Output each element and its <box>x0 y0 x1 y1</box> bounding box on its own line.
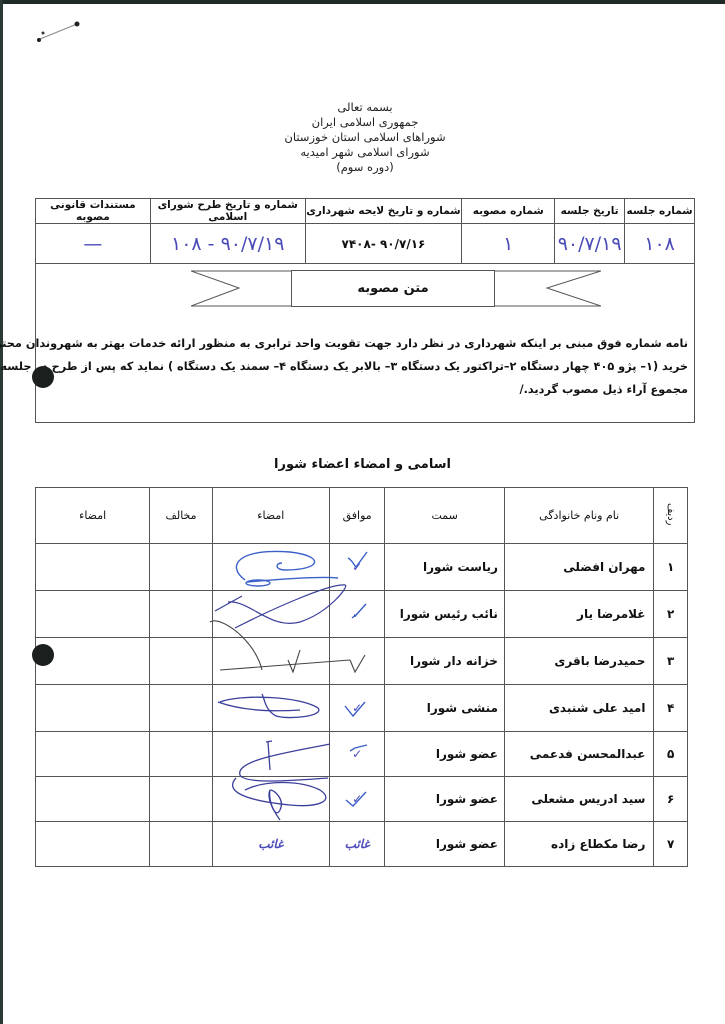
scan-artifact-mark <box>0 0 100 60</box>
member-row: ۶ سید ادریس مشعلی عضو شورا ✓ <box>36 777 688 822</box>
member-name: عبدالمحسن فدعمی <box>504 732 654 777</box>
header-basmala: بسمه تعالی <box>265 100 465 115</box>
resolution-number-header: شماره مصوبه <box>462 199 555 224</box>
oppose-cell <box>150 685 212 732</box>
oppose-signature-cell <box>36 822 150 867</box>
municipal-bill-value: ۹۰/۷/۱۶ -۷۴۰۸ <box>305 224 462 264</box>
members-section-title: اسامی و امضاء اعضاء شورا <box>0 457 725 472</box>
legal-documents-value: — <box>36 224 151 264</box>
oppose-cell <box>150 777 212 822</box>
signature-cell <box>212 638 329 685</box>
member-row: ۳ حمیدرضا باقری خزانه دار شورا <box>36 638 688 685</box>
member-position: نائب رئیس شورا <box>385 591 505 638</box>
signature-oppose-header: امضاء <box>36 488 150 544</box>
oppose-signature-cell <box>36 777 150 822</box>
agree-checkmark: ✓ <box>329 777 384 822</box>
member-position: خزانه دار شورا <box>385 638 505 685</box>
session-date-value: ۹۰/۷/۱۹ <box>555 224 625 264</box>
member-position: عضو شورا <box>385 732 505 777</box>
council-members-table: ردیف نام ونام خانوادگی سمت موافق امضاء م… <box>35 487 688 867</box>
council-plan-header: شماره و تاریخ طرح شورای اسلامی <box>150 199 305 224</box>
oppose-cell <box>150 638 212 685</box>
member-row-number: ۲ <box>654 591 688 638</box>
absent-note-signature: غائب <box>212 822 329 867</box>
member-row: ۵ عبدالمحسن فدعمی عضو شورا ✓ <box>36 732 688 777</box>
oppose-signature-cell <box>36 591 150 638</box>
position-header: سمت <box>385 488 505 544</box>
resolution-banner-label: متن مصوبه <box>291 270 495 307</box>
resolution-line-1: نامه شماره فوق مبنی بر اینکه شهرداری در … <box>38 332 688 355</box>
agree-checkmark <box>329 638 384 685</box>
member-position: عضو شورا <box>385 777 505 822</box>
member-name: حمیدرضا باقری <box>504 638 654 685</box>
member-row-number: ۵ <box>654 732 688 777</box>
member-name: رضا مکطاع زاده <box>504 822 654 867</box>
agree-header: موافق <box>329 488 384 544</box>
oppose-cell <box>150 544 212 591</box>
resolution-info-table: شماره جلسه تاریخ جلسه شماره مصوبه شماره … <box>35 198 695 264</box>
session-number-value: ۱۰۸ <box>625 224 695 264</box>
legal-documents-header: مستندات قانونی مصوبه <box>36 199 151 224</box>
agree-checkmark: ✓ <box>329 685 384 732</box>
member-position: ریاست شورا <box>385 544 505 591</box>
scan-left-edge <box>0 0 3 1024</box>
oppose-signature-cell <box>36 638 150 685</box>
absent-note-agree: غائب <box>329 822 384 867</box>
member-row: ۴ امید علی شنبدی منشی شورا ✓ <box>36 685 688 732</box>
punch-hole-top <box>32 366 54 388</box>
member-row: ۷ رضا مکطاع زاده عضو شورا غائب غائب <box>36 822 688 867</box>
member-position: منشی شورا <box>385 685 505 732</box>
resolution-text-box: متن مصوبه نامه شماره فوق مبنی بر اینکه ش… <box>35 262 695 423</box>
signature-cell <box>212 591 329 638</box>
oppose-cell <box>150 822 212 867</box>
member-name: امید علی شنبدی <box>504 685 654 732</box>
resolution-banner: متن مصوبه <box>191 270 601 306</box>
signature-agree-header: امضاء <box>212 488 329 544</box>
council-plan-value: ۹۰/۷/۱۹ - ۱۰۸ <box>150 224 305 264</box>
member-name: غلامرضا یار <box>504 591 654 638</box>
info-value-row: ۱۰۸ ۹۰/۷/۱۹ ۱ ۹۰/۷/۱۶ -۷۴۰۸ ۹۰/۷/۱۹ - ۱۰… <box>36 224 695 264</box>
punch-hole-bottom <box>32 644 54 666</box>
oppose-signature-cell <box>36 544 150 591</box>
oppose-header: مخالف <box>150 488 212 544</box>
signature-cell <box>212 685 329 732</box>
member-position: عضو شورا <box>385 822 505 867</box>
member-row-number: ۳ <box>654 638 688 685</box>
session-number-header: شماره جلسه <box>625 199 695 224</box>
header-city-council: شورای اسلامی شهر امیدیه <box>265 145 465 160</box>
full-name-header: نام ونام خانوادگی <box>504 488 654 544</box>
member-row: ۲ غلامرضا یار نائب رئیس شورا ✓ <box>36 591 688 638</box>
resolution-line-3: مجموع آراء ذیل مصوب گردید./ <box>38 378 688 401</box>
members-header-row: ردیف نام ونام خانوادگی سمت موافق امضاء م… <box>36 488 688 544</box>
member-row-number: ۱ <box>654 544 688 591</box>
oppose-signature-cell <box>36 685 150 732</box>
member-row-number: ۷ <box>654 822 688 867</box>
municipal-bill-header: شماره و تاریخ لایحه شهرداری <box>305 199 462 224</box>
agree-checkmark: ✓ <box>329 732 384 777</box>
agree-checkmark: ✓ <box>329 591 384 638</box>
signature-cell <box>212 732 329 777</box>
session-date-header: تاریخ جلسه <box>555 199 625 224</box>
header-province-councils: شوراهای اسلامی استان خوزستان <box>265 130 465 145</box>
header-term: (دوره سوم) <box>265 160 465 175</box>
oppose-signature-cell <box>36 732 150 777</box>
oppose-cell <box>150 732 212 777</box>
member-name: مهران افضلی <box>504 544 654 591</box>
scan-top-edge <box>0 0 725 4</box>
info-header-row: شماره جلسه تاریخ جلسه شماره مصوبه شماره … <box>36 199 695 224</box>
resolution-line-2: خرید (۱– پژو ۴۰۵ چهار دستگاه ۲–تراکتور ی… <box>38 355 688 378</box>
resolution-body-text: نامه شماره فوق مبنی بر اینکه شهرداری در … <box>38 332 688 401</box>
row-no-header: ردیف <box>654 488 688 544</box>
resolution-number-value: ۱ <box>462 224 555 264</box>
member-row-number: ۶ <box>654 777 688 822</box>
member-row: ۱ مهران افضلی ریاست شورا ✓ <box>36 544 688 591</box>
document-header: بسمه تعالی جمهوری اسلامی ایران شوراهای ا… <box>265 100 465 175</box>
member-row-number: ۴ <box>654 685 688 732</box>
header-republic: جمهوری اسلامی ایران <box>265 115 465 130</box>
signature-cell <box>212 544 329 591</box>
signature-cell <box>212 777 329 822</box>
member-name: سید ادریس مشعلی <box>504 777 654 822</box>
oppose-cell <box>150 591 212 638</box>
agree-checkmark: ✓ <box>329 544 384 591</box>
